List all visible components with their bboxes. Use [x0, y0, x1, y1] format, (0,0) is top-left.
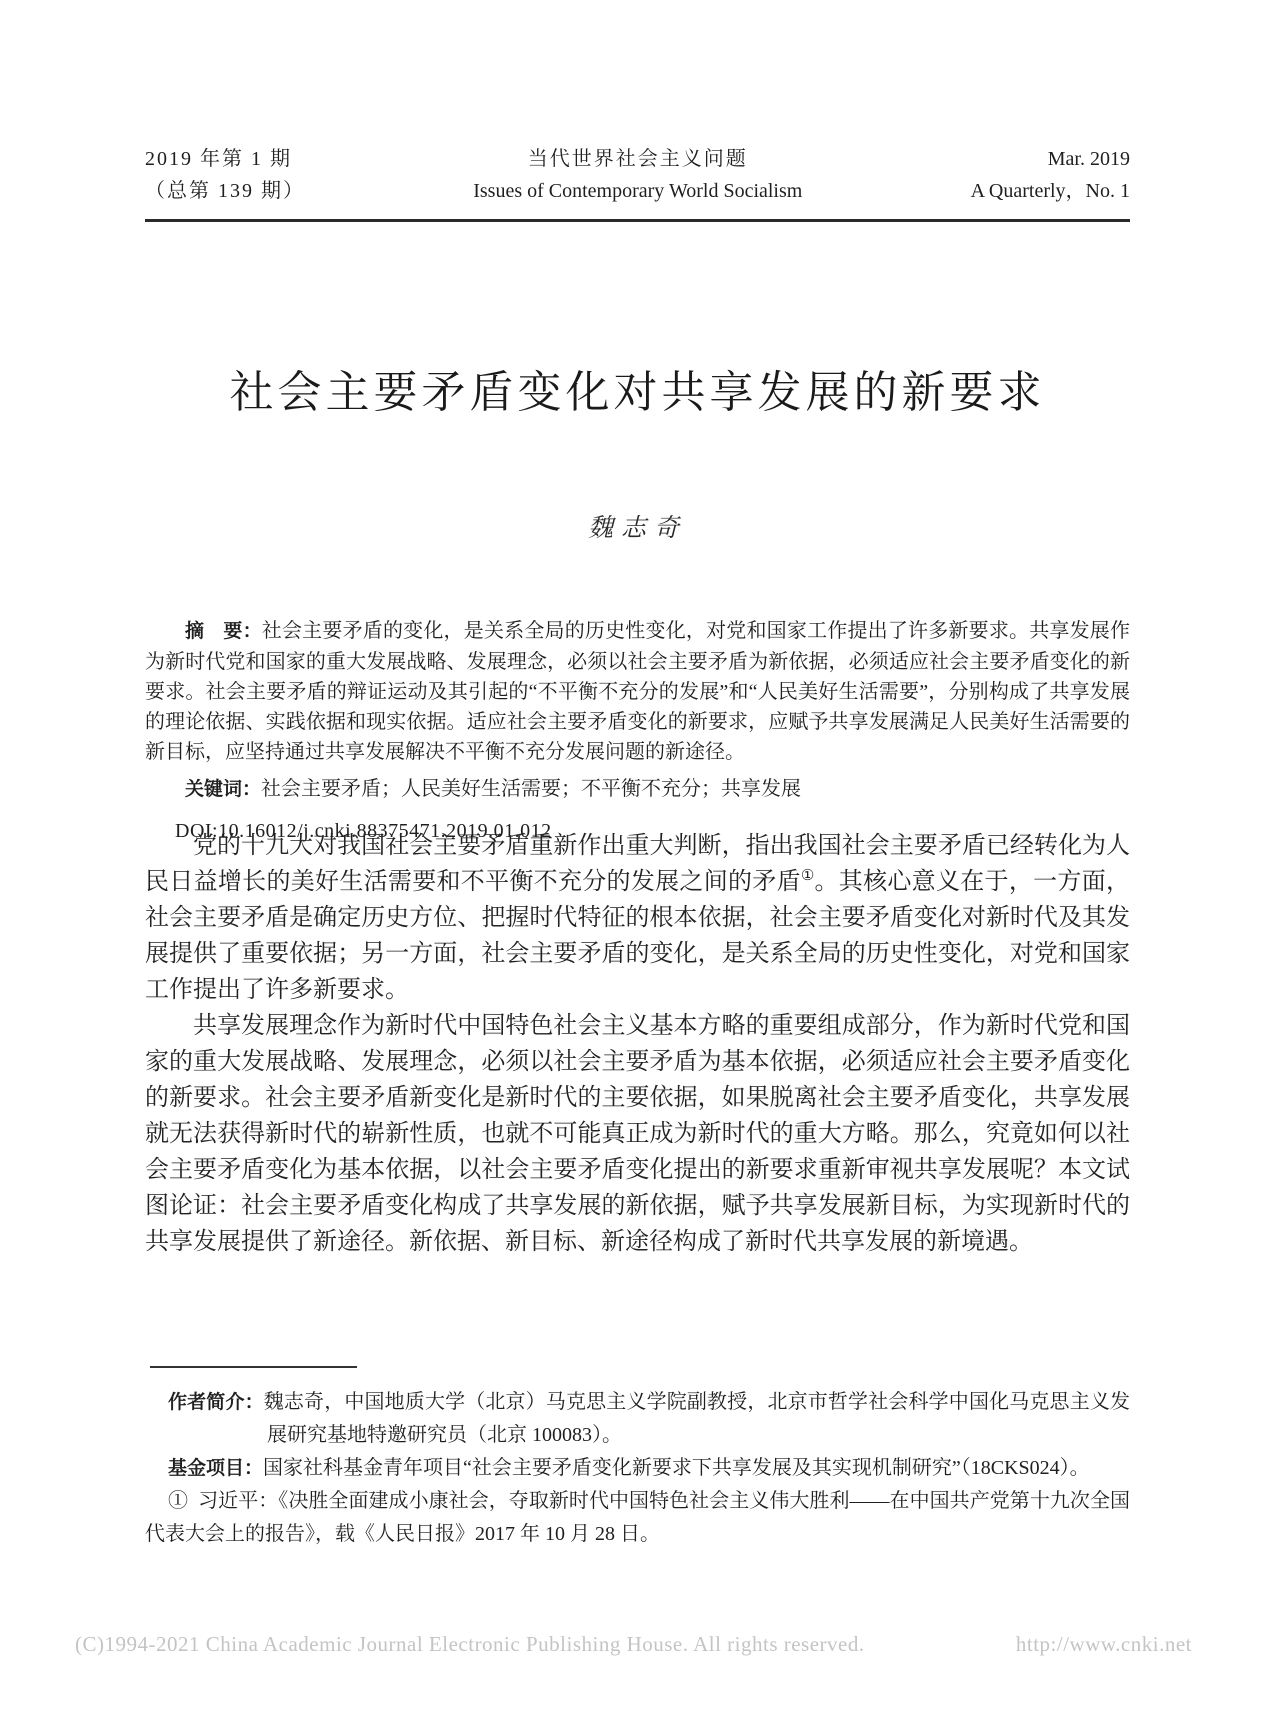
issue-number: 2019 年第 1 期: [145, 143, 305, 175]
author-name: 魏志奇: [145, 508, 1130, 544]
footnote-citation-1: ① 习近平：《决胜全面建成小康社会，夺取新时代中国特色社会主义伟大胜利——在中国…: [145, 1485, 1130, 1551]
issue-info: 2019 年第 1 期 （总第 139 期）: [145, 143, 305, 207]
footnote-citation-text: 习近平：《决胜全面建成小康社会，夺取新时代中国特色社会主义伟大胜利——在中国共产…: [145, 1490, 1130, 1545]
issue-date-info: Mar. 2019 A Quarterly，No. 1: [971, 143, 1130, 207]
footnote-fund: 基金项目：国家社科基金青年项目“社会主要矛盾变化新要求下共享发展及其实现机制研究…: [145, 1452, 1130, 1485]
journal-title: 当代世界社会主义问题 Issues of Contemporary World …: [473, 143, 802, 207]
keywords-text: 社会主要矛盾；人民美好生活需要；不平衡不充分；共享发展: [261, 778, 801, 800]
footnote-reference-1: ①: [801, 868, 815, 884]
footer-copyright: (C)1994-2021 China Academic Journal Elec…: [75, 1632, 1192, 1657]
issue-quarterly: A Quarterly，No. 1: [971, 175, 1130, 207]
abstract: 摘 要：社会主要矛盾的变化，是关系全局的历史性变化，对党和国家工作提出了许多新要…: [145, 616, 1130, 767]
abstract-label: 摘 要：: [185, 621, 262, 642]
abstract-block: 摘 要：社会主要矛盾的变化，是关系全局的历史性变化，对党和国家工作提出了许多新要…: [145, 616, 1130, 846]
footnote-rule: [150, 1366, 357, 1368]
article-title: 社会主要矛盾变化对共享发展的新要求: [145, 356, 1130, 420]
body-paragraph-1: 党的十九大对我国社会主要矛盾重新作出重大判断，指出我国社会主要矛盾已经转化为人民…: [145, 828, 1130, 1008]
issue-date: Mar. 2019: [971, 143, 1130, 175]
keywords-label: 关键词：: [185, 779, 261, 800]
keywords: 关键词：社会主要矛盾；人民美好生活需要；不平衡不充分；共享发展: [145, 774, 1130, 805]
header-rule: [145, 219, 1130, 222]
cnki-url: http://www.cnki.net: [1016, 1632, 1192, 1657]
footnotes: 作者简介：魏志奇，中国地质大学（北京）马克思主义学院副教授，北京市哲学社会科学中…: [145, 1386, 1130, 1551]
issue-total: （总第 139 期）: [145, 175, 305, 207]
copyright-text: (C)1994-2021 China Academic Journal Elec…: [75, 1632, 865, 1657]
footnote-author-bio: 作者简介：魏志奇，中国地质大学（北京）马克思主义学院副教授，北京市哲学社会科学中…: [145, 1386, 1130, 1452]
page-header: 2019 年第 1 期 （总第 139 期） 当代世界社会主义问题 Issues…: [145, 143, 1130, 207]
author-bio-text: 魏志奇，中国地质大学（北京）马克思主义学院副教授，北京市哲学社会科学中国化马克思…: [264, 1391, 1130, 1446]
footnote-marker: ①: [168, 1490, 188, 1512]
fund-label: 基金项目：: [168, 1458, 263, 1479]
author-bio-label: 作者简介：: [168, 1392, 264, 1413]
journal-title-cn: 当代世界社会主义问题: [473, 143, 802, 175]
body-paragraph-2: 共享发展理念作为新时代中国特色社会主义基本方略的重要组成部分，作为新时代党和国家…: [145, 1008, 1130, 1260]
fund-text: 国家社科基金青年项目“社会主要矛盾变化新要求下共享发展及其实现机制研究”（18C…: [263, 1457, 1090, 1479]
journal-page: 2019 年第 1 期 （总第 139 期） 当代世界社会主义问题 Issues…: [0, 0, 1267, 1720]
article-body: 党的十九大对我国社会主要矛盾重新作出重大判断，指出我国社会主要矛盾已经转化为人民…: [145, 828, 1130, 1260]
journal-title-en: Issues of Contemporary World Socialism: [473, 175, 802, 207]
abstract-text: 社会主要矛盾的变化，是关系全局的历史性变化，对党和国家工作提出了许多新要求。共享…: [145, 620, 1130, 763]
